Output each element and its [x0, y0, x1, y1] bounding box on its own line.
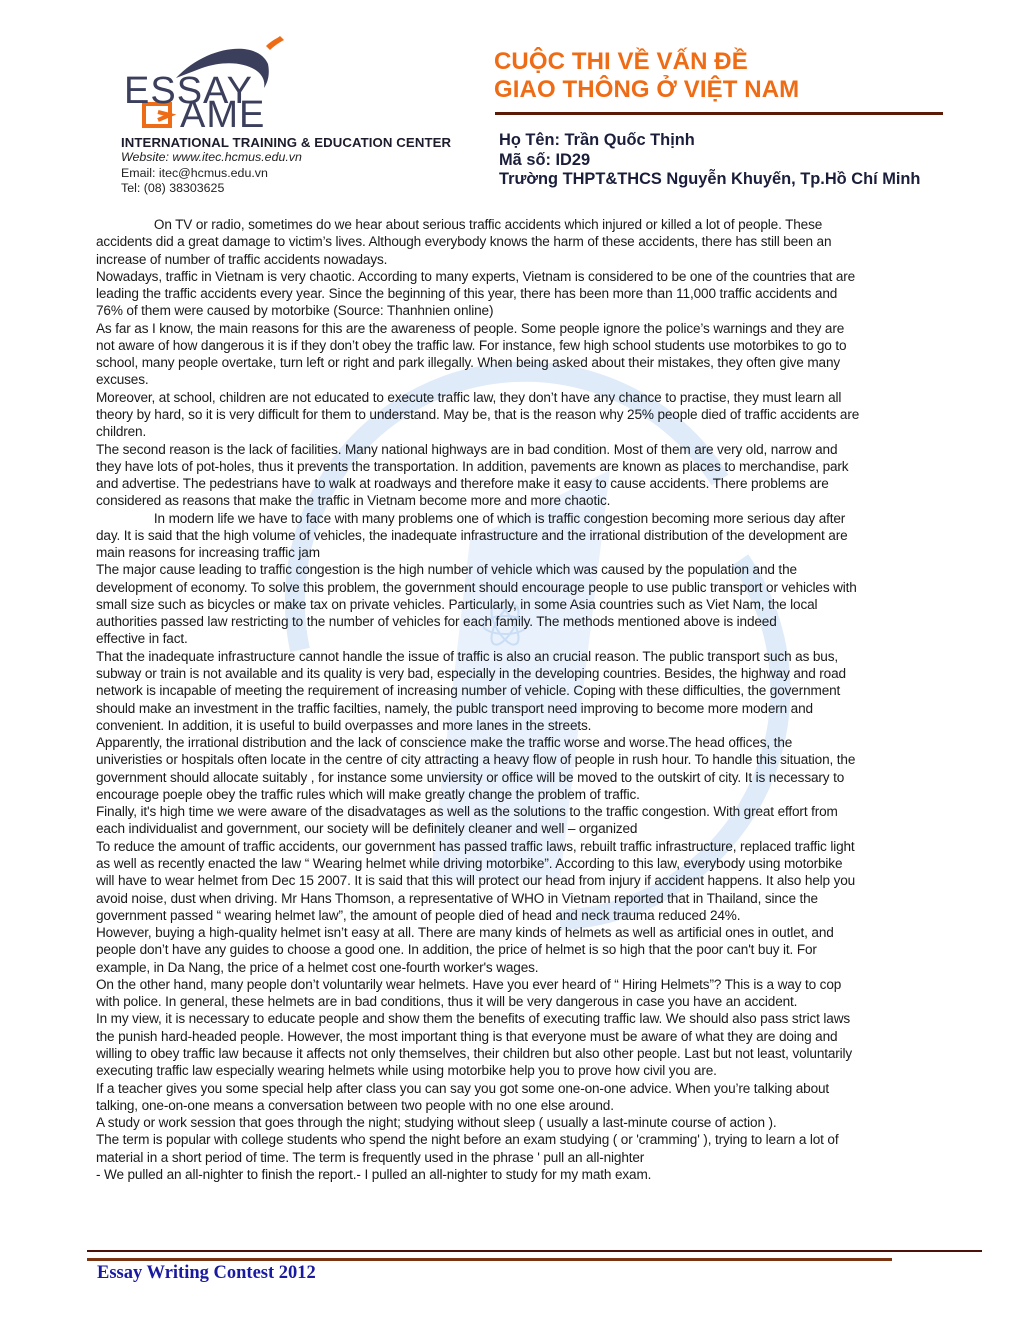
- essay-line: avoid noise, dust when driving. Mr Hans …: [96, 890, 818, 906]
- essay-line: On TV or radio, sometimes do we hear abo…: [96, 216, 822, 232]
- essay-line: Nowadays, traffic in Vietnam is very cha…: [96, 268, 855, 284]
- essay-line: example, in Da Nang, the price of a helm…: [96, 959, 538, 975]
- author-name: Họ Tên: Trần Quốc Thịnh: [499, 131, 920, 151]
- essay-line: theory by hard, so it is very difficult …: [96, 406, 859, 422]
- essay-line: Moreover, at school, children are not ed…: [96, 389, 841, 405]
- essay-line: increase of number of traffic accidents …: [96, 251, 387, 267]
- title-divider: [495, 112, 943, 115]
- essay-line: 76% of them were caused by motorbike (So…: [96, 302, 493, 318]
- essay-line: government passed “ wearing helmet law”,…: [96, 907, 740, 923]
- essay-line: leading the traffic accidents every year…: [96, 285, 837, 301]
- essay-line: In my view, it is necessary to educate p…: [96, 1010, 850, 1026]
- footer-divider-bottom: [87, 1258, 892, 1261]
- essay-line: On the other hand, many people don’t vol…: [96, 976, 841, 992]
- contest-title: CUỘC THI VỀ VẤN ĐỀ GIAO THÔNG Ở VIỆT NAM: [494, 48, 799, 104]
- essay-line: In modern life we have to face with many…: [96, 510, 845, 526]
- org-email: Email: itec@hcmus.edu.vn: [121, 166, 451, 182]
- org-website: Website: www.itec.hcmus.edu.vn: [121, 150, 451, 166]
- essay-game-logo: ESSAY AME: [118, 34, 298, 134]
- essay-line: they have lots of pot-holes, thus it pre…: [96, 458, 848, 474]
- author-info: Họ Tên: Trần Quốc Thịnh Mã số: ID29 Trườ…: [499, 131, 920, 190]
- essay-line: accidents did a great damage to victim’s…: [96, 233, 831, 249]
- essay-line: people don’t have any guides to choose a…: [96, 941, 817, 957]
- essay-line: willing to obey traffic law because it a…: [96, 1045, 852, 1061]
- essay-line: small size such as bicycles or make tax …: [96, 596, 817, 612]
- essay-line: main reasons for increasing traffic jam: [96, 544, 320, 560]
- logo-line2: AME: [180, 96, 265, 134]
- author-id: Mã số: ID29: [499, 151, 920, 171]
- essay-line: not aware of how dangerous it is if they…: [96, 337, 846, 353]
- essay-line: If a teacher gives you some special help…: [96, 1080, 829, 1096]
- essay-line: talking, one-on-one means a conversation…: [96, 1097, 614, 1113]
- essay-line: Finally, it's high time we were aware of…: [96, 803, 838, 819]
- author-school: Trường THPT&THCS Nguyễn Khuyến, Tp.Hồ Ch…: [499, 170, 920, 190]
- org-tel: Tel: (08) 38303625: [121, 181, 451, 197]
- essay-line: school, many people overtake, turn left …: [96, 354, 840, 370]
- essay-line: A study or work session that goes throug…: [96, 1114, 777, 1130]
- essay-line: each individualist and government, our s…: [96, 820, 637, 836]
- footer-divider-top: [87, 1250, 982, 1252]
- title-line2: GIAO THÔNG Ở VIỆT NAM: [494, 76, 799, 104]
- title-line1: CUỘC THI VỀ VẤN ĐỀ: [494, 48, 799, 76]
- essay-line: as well as recently enacted the law “ We…: [96, 855, 842, 871]
- footer-label: Essay Writing Contest 2012: [97, 1263, 316, 1284]
- essay-line: excuses.: [96, 371, 149, 387]
- essay-line: development of economy. To solve this pr…: [96, 579, 857, 595]
- essay-line: government should allocate suitably , fo…: [96, 769, 844, 785]
- essay-line: encourage poeple obey the traffic rules …: [96, 786, 640, 802]
- essay-line: network is incapable of meeting the requ…: [96, 682, 840, 698]
- essay-line: considered as reasons that make the traf…: [96, 492, 610, 508]
- essay-line: effective in fact.: [96, 630, 188, 646]
- essay-line: - We pulled an all-nighter to finish the…: [96, 1166, 651, 1182]
- essay-line: with police. In general, these helmets a…: [96, 993, 797, 1009]
- essay-line: children.: [96, 423, 146, 439]
- essay-line: material in a short period of time. The …: [96, 1149, 644, 1165]
- essay-line: will have to wear helmet from Dec 15 200…: [96, 872, 855, 888]
- org-name: INTERNATIONAL TRAINING & EDUCATION CENTE…: [121, 135, 451, 150]
- essay-line: univeristies or hospitals often locate i…: [96, 751, 855, 767]
- essay-line: convenient. In addition, it is useful to…: [96, 717, 591, 733]
- essay-line: As far as I know, the main reasons for t…: [96, 320, 844, 336]
- essay-line: authorities passed law restricting to th…: [96, 613, 777, 629]
- essay-line: and advertise. The pedestrians have to w…: [96, 475, 829, 491]
- essay-line: However, buying a high-quality helmet is…: [96, 924, 834, 940]
- essay-line: day. It is said that the high volume of …: [96, 527, 848, 543]
- essay-line: That the inadequate infrastructure canno…: [96, 648, 838, 664]
- essay-line: To reduce the amount of traffic accident…: [96, 838, 855, 854]
- essay-line: subway or train is not available and its…: [96, 665, 846, 681]
- essay-line: The second reason is the lack of facilit…: [96, 441, 837, 457]
- essay-line: The term is popular with college student…: [96, 1131, 838, 1147]
- essay-line: should make an investment in the traffic…: [96, 700, 813, 716]
- essay-line: The major cause leading to traffic conge…: [96, 561, 797, 577]
- essay-line: the punish hard-headed people. However, …: [96, 1028, 837, 1044]
- essay-line: executing traffic law especially wearing…: [96, 1062, 717, 1078]
- essay-line: Apparently, the irrational distribution …: [96, 734, 792, 750]
- org-info: INTERNATIONAL TRAINING & EDUCATION CENTE…: [121, 135, 451, 197]
